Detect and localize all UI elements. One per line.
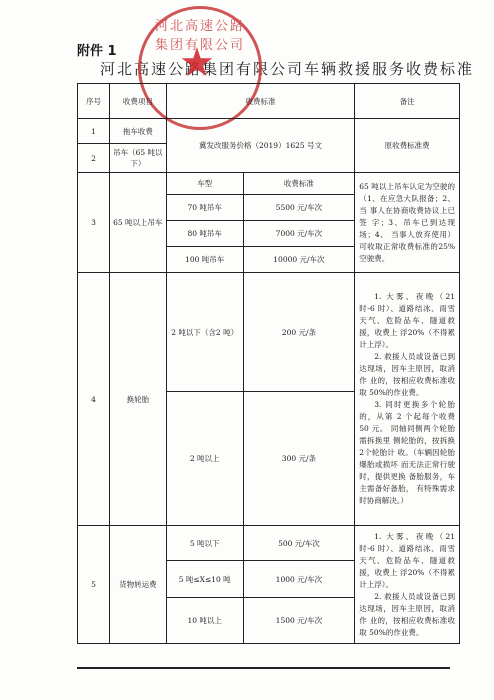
sub-fee: 300 元/条: [243, 392, 355, 526]
header-no: 序号: [78, 84, 110, 119]
sub-type: 2 吨以上: [166, 392, 243, 526]
header-standard: 收费标准: [166, 84, 354, 119]
row-remark: 1. 大雾、夜晚（21 时-6 时）、道路结冰、雨雪天气、危险品车、隧道救援，收…: [355, 273, 460, 526]
header-item: 收费项目: [109, 84, 166, 119]
row-item: 换轮胎: [109, 273, 166, 526]
row-no: 2: [78, 144, 110, 173]
table-row: 1 拖车收费 冀发改服务价格（2019）1625 号文 原收费标准费: [78, 119, 460, 144]
seal-text: 河北高速公路集团有限公司: [155, 15, 259, 53]
remark-para: 1. 大雾、夜晚（21 时-6 时）、道路结冰、雨雪天气、危险品车、隧道救援，收…: [359, 531, 455, 591]
row-item: 拖车收费: [109, 119, 166, 144]
sub-fee: 1500 元/车次: [243, 598, 355, 644]
merged-remark: 原收费标准费: [355, 119, 460, 173]
table-row: 3 65 吨以上吊车 车型 收费标准 65 吨以上吊车认定为空驶的（1、在应急大…: [78, 173, 460, 195]
row-item: 吊车（65 吨以下）: [109, 144, 166, 173]
sub-type: 5 吨以下: [166, 526, 243, 561]
sub-type: 80 吨吊车: [166, 221, 243, 247]
row-no: 5: [78, 526, 110, 644]
row-remark: 65 吨以上吊车认定为空驶的（1、在应急大队报备；2、当 事人在协商收费协议上已…: [355, 173, 460, 273]
sub-type: 100 吨吊车: [166, 247, 243, 273]
sub-type: 5 吨≤X≤10 吨: [166, 561, 243, 598]
remark-para: 3. 同时更换多个轮胎的，从第 2 个起每个收费 50 元。 同轴同侧两个轮胎需…: [359, 399, 455, 507]
merged-standard: 冀发改服务价格（2019）1625 号文: [166, 119, 354, 173]
fee-table: 序号 收费项目 收费标准 备注 1 拖车收费 冀发改服务价格（2019）1625…: [77, 83, 460, 644]
row-item: 65 吨以上吊车: [109, 173, 166, 273]
sub-fee: 5500 元/车次: [243, 195, 355, 221]
remark-para: 1. 大雾、夜晚（21 时-6 时）、道路结冰、雨雪天气、危险品车、隧道救援，收…: [359, 291, 455, 351]
sub-type: 2 吨以下（含2 吨）: [166, 273, 243, 392]
table-header-row: 序号 收费项目 收费标准 备注: [78, 84, 460, 119]
sub-type: 70 吨吊车: [166, 195, 243, 221]
remark-para: 2. 救援人员或设备已到 达现场，因车主原因，取消作 业的，按相应收费标准收取 …: [359, 351, 455, 399]
sub-fee: 1000 元/车次: [243, 561, 355, 598]
row-no: 4: [78, 273, 110, 526]
row-no: 3: [78, 173, 110, 273]
table-bottom-rule: [77, 667, 450, 669]
sub-type: 10 吨以上: [166, 598, 243, 644]
table-row: 5 货物转运费 5 吨以下 500 元/车次 1. 大雾、夜晚（21 时-6 时…: [78, 526, 460, 561]
document-title: 河北高速公路集团有限公司车辆救援服务收费标准: [100, 58, 474, 79]
sub-header-fee: 收费标准: [243, 173, 355, 195]
row-item: 货物转运费: [109, 526, 166, 644]
row-remark: 1. 大雾、夜晚（21 时-6 时）、道路结冰、雨雪天气、危险品车、隧道救援，收…: [355, 526, 460, 644]
table-row: 4 换轮胎 2 吨以下（含2 吨） 200 元/条 1. 大雾、夜晚（21 时-…: [78, 273, 460, 392]
sub-fee: 500 元/车次: [243, 526, 355, 561]
attachment-label: 附件 1: [77, 40, 117, 59]
sub-fee: 10000 元/车次: [243, 247, 355, 273]
sub-header-type: 车型: [166, 173, 243, 195]
remark-para: 2. 救援人员或设备已到 达现场，因车主原因，取消作 业的，按相应收费标准收取 …: [359, 591, 455, 639]
sub-fee: 7000 元/车次: [243, 221, 355, 247]
header-remark: 备注: [355, 84, 460, 119]
sub-fee: 200 元/条: [243, 273, 355, 392]
row-no: 1: [78, 119, 110, 144]
